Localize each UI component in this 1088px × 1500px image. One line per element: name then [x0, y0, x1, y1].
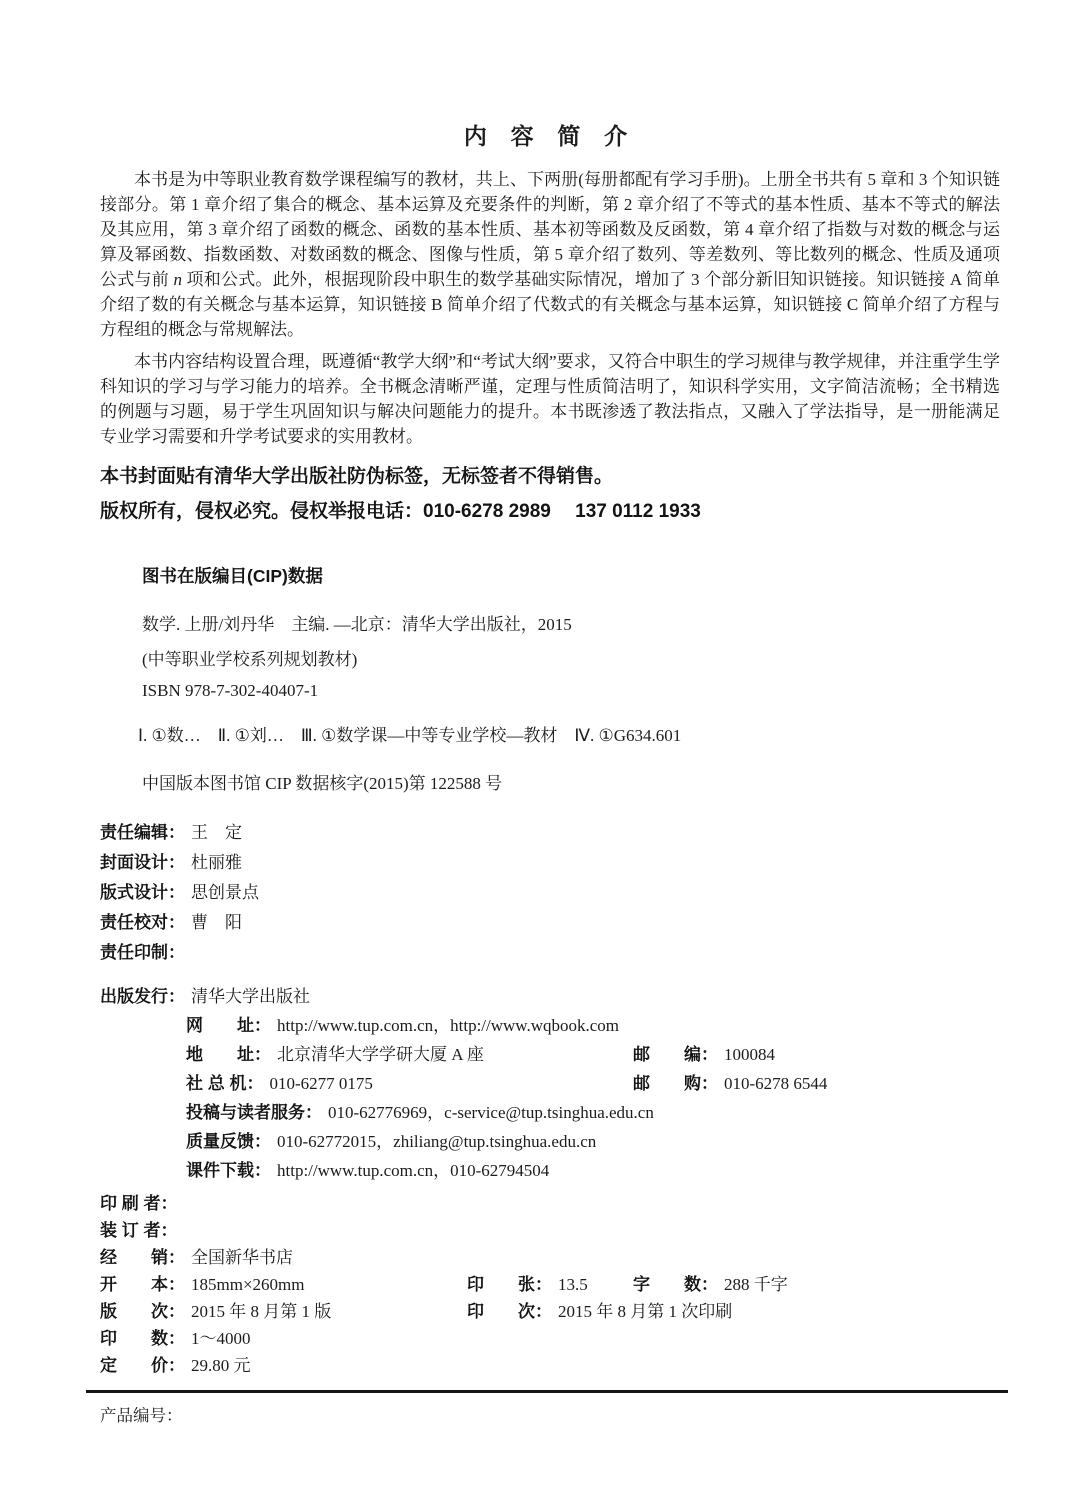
- row-label: 开 本：: [100, 1275, 185, 1294]
- page-title: 内 容 简 介: [100, 118, 1000, 151]
- row-label: 装 订 者：: [100, 1221, 177, 1240]
- row-label: 社 总 机：: [186, 1074, 263, 1093]
- row-value: 29.80 元: [191, 1356, 251, 1375]
- info-row: 版 次：2015 年 8 月第 1 版 印 次：2015 年 8 月第 1 次印…: [100, 1298, 1000, 1325]
- row-right-value: 100084: [724, 1045, 775, 1064]
- row-value: 杜丽雅: [191, 853, 242, 872]
- row-label: 质量反馈：: [186, 1132, 271, 1151]
- row-label: 出版发行：: [100, 987, 185, 1006]
- intro-paragraph-1: 本书是为中等职业教育数学课程编写的教材，共上、下两册(每册都配有学习手册)。上册…: [100, 167, 1000, 342]
- row-label: 版式设计：: [100, 883, 185, 902]
- info-row: 出版发行：清华大学出版社: [100, 982, 1000, 1011]
- cip-record-number: 中国版本图书馆 CIP 数据核字(2015)第 122588 号: [142, 769, 1000, 794]
- info-row: 责任印制：: [100, 938, 1000, 968]
- row-value: http://www.tup.com.cn，010-62794504: [277, 1161, 549, 1180]
- row-value: 北京清华大学学研大厦 A 座: [277, 1045, 484, 1064]
- info-row: 印 刷 者：: [100, 1190, 1000, 1217]
- info-row: 定 价：29.80 元: [100, 1352, 1000, 1379]
- row-label: 版 次：: [100, 1302, 185, 1321]
- page-content: 内 容 简 介 本书是为中等职业教育数学课程编写的教材，共上、下两册(每册都配有…: [0, 118, 1088, 1426]
- row-right-column: 字 数：288 千字: [633, 1271, 788, 1298]
- row-label: 印 数：: [100, 1329, 185, 1348]
- row-value: http://www.tup.com.cn，http://www.wqbook.…: [277, 1016, 619, 1035]
- info-row: 投稿与读者服务：010-62776969，c-service@tup.tsing…: [100, 1098, 1000, 1127]
- row-value: 全国新华书店: [191, 1248, 293, 1267]
- row-mid-label: 印 张：: [467, 1275, 552, 1294]
- info-row: 社 总 机：010-6277 0175 邮 购：010-6278 6544: [100, 1069, 1000, 1098]
- anti-counterfeit-notice: 本书封面贴有清华大学出版社防伪标签，无标签者不得销售。: [100, 464, 1000, 490]
- cip-heading: 图书在版编目(CIP)数据: [142, 563, 1000, 588]
- info-row: 责任编辑：王 定: [100, 818, 1000, 848]
- row-label: 印 刷 者：: [100, 1194, 177, 1213]
- intro-paragraph-2: 本书内容结构设置合理，既遵循“教学大纲”和“考试大纲”要求，又符合中职生的学习规…: [100, 349, 1000, 449]
- info-row: 版式设计：思创景点: [100, 878, 1000, 908]
- row-value: 王 定: [191, 823, 242, 842]
- row-label: 投稿与读者服务：: [186, 1103, 322, 1122]
- row-label: 课件下载：: [186, 1161, 271, 1180]
- row-label: 责任印制：: [100, 943, 185, 962]
- cip-classification: Ⅰ. ①数… Ⅱ. ①刘… Ⅲ. ①数学课—中等专业学校—教材 Ⅳ. ①G634…: [138, 721, 1000, 746]
- row-value: 思创景点: [191, 883, 259, 902]
- row-value: 010-62772015，zhiliang@tup.tsinghua.edu.c…: [277, 1132, 596, 1151]
- cip-block: 图书在版编目(CIP)数据 数学. 上册/刘丹华 主编. —北京：清华大学出版社…: [142, 563, 1000, 794]
- divider-rule: [86, 1390, 1008, 1393]
- row-right-column: 邮 编：100084: [633, 1040, 775, 1069]
- intro-paragraph-1-continued: 项和公式。此外，根据现阶段中职生的数学基础实际情况，增加了 3 个部分新旧知识链…: [100, 270, 1000, 339]
- cip-isbn: ISBN 978-7-302-40407-1: [142, 681, 1000, 701]
- row-value: 010-6277 0175: [269, 1074, 372, 1093]
- row-label: 经 销：: [100, 1248, 185, 1267]
- info-row: 地 址：北京清华大学学研大厦 A 座 邮 编：100084: [100, 1040, 1000, 1069]
- cip-series-line: (中等职业学校系列规划教材): [142, 645, 1000, 670]
- row-label: 地 址：: [186, 1045, 271, 1064]
- info-row: 装 订 者：: [100, 1217, 1000, 1244]
- row-right-value: 288 千字: [724, 1275, 788, 1294]
- product-code-label: 产品编号：: [100, 1402, 1000, 1426]
- info-row: 网 址：http://www.tup.com.cn，http://www.wqb…: [100, 1011, 1000, 1040]
- info-row: 印 数：1～4000: [100, 1325, 1000, 1352]
- staff-credits-block: 责任编辑：王 定 封面设计：杜丽雅 版式设计：思创景点 责任校对：曹 阳 责任印…: [100, 818, 1000, 968]
- row-value: 2015 年 8 月第 1 版: [191, 1302, 331, 1321]
- row-mid-column: 印 张：13.5: [467, 1271, 588, 1298]
- row-value: 曹 阳: [191, 913, 242, 932]
- row-mid-value: 2015 年 8 月第 1 次印刷: [558, 1302, 732, 1321]
- info-row: 责任校对：曹 阳: [100, 908, 1000, 938]
- row-value: 010-62776969，c-service@tup.tsinghua.edu.…: [328, 1103, 654, 1122]
- row-right-label: 邮 编：: [633, 1045, 718, 1064]
- copyright-notice: 版权所有，侵权必究。侵权举报电话：010-6278 2989 137 0112 …: [100, 499, 1000, 525]
- row-value: 1～4000: [191, 1329, 251, 1348]
- row-right-label: 邮 购：: [633, 1074, 718, 1093]
- cip-title-line: 数学. 上册/刘丹华 主编. —北京：清华大学出版社，2015: [142, 610, 1000, 635]
- row-right-column: 邮 购：010-6278 6544: [633, 1069, 827, 1098]
- info-row: 开 本：185mm×260mm 印 张：13.5 字 数：288 千字: [100, 1271, 1000, 1298]
- info-row: 经 销：全国新华书店: [100, 1244, 1000, 1271]
- variable-n: n: [173, 270, 182, 289]
- row-right-label: 字 数：: [633, 1275, 718, 1294]
- printing-info-block: 印 刷 者： 装 订 者： 经 销：全国新华书店 开 本：185mm×260mm…: [100, 1190, 1000, 1379]
- row-label: 责任校对：: [100, 913, 185, 932]
- row-label: 定 价：: [100, 1356, 185, 1375]
- publisher-info-block: 出版发行：清华大学出版社 网 址：http://www.tup.com.cn，h…: [100, 982, 1000, 1185]
- row-mid-value: 13.5: [558, 1275, 588, 1294]
- row-label: 封面设计：: [100, 853, 185, 872]
- info-row: 质量反馈：010-62772015，zhiliang@tup.tsinghua.…: [100, 1127, 1000, 1156]
- row-value: 清华大学出版社: [191, 987, 310, 1006]
- row-value: 185mm×260mm: [191, 1275, 304, 1294]
- info-row: 课件下载：http://www.tup.com.cn，010-62794504: [100, 1156, 1000, 1185]
- info-row: 封面设计：杜丽雅: [100, 848, 1000, 878]
- row-mid-column: 印 次：2015 年 8 月第 1 次印刷: [467, 1298, 732, 1325]
- row-label: 网 址：: [186, 1016, 271, 1035]
- row-right-value: 010-6278 6544: [724, 1074, 827, 1093]
- row-label: 责任编辑：: [100, 823, 185, 842]
- copyright-page: 内 容 简 介 本书是为中等职业教育数学课程编写的教材，共上、下两册(每册都配有…: [0, 0, 1088, 1500]
- row-mid-label: 印 次：: [467, 1302, 552, 1321]
